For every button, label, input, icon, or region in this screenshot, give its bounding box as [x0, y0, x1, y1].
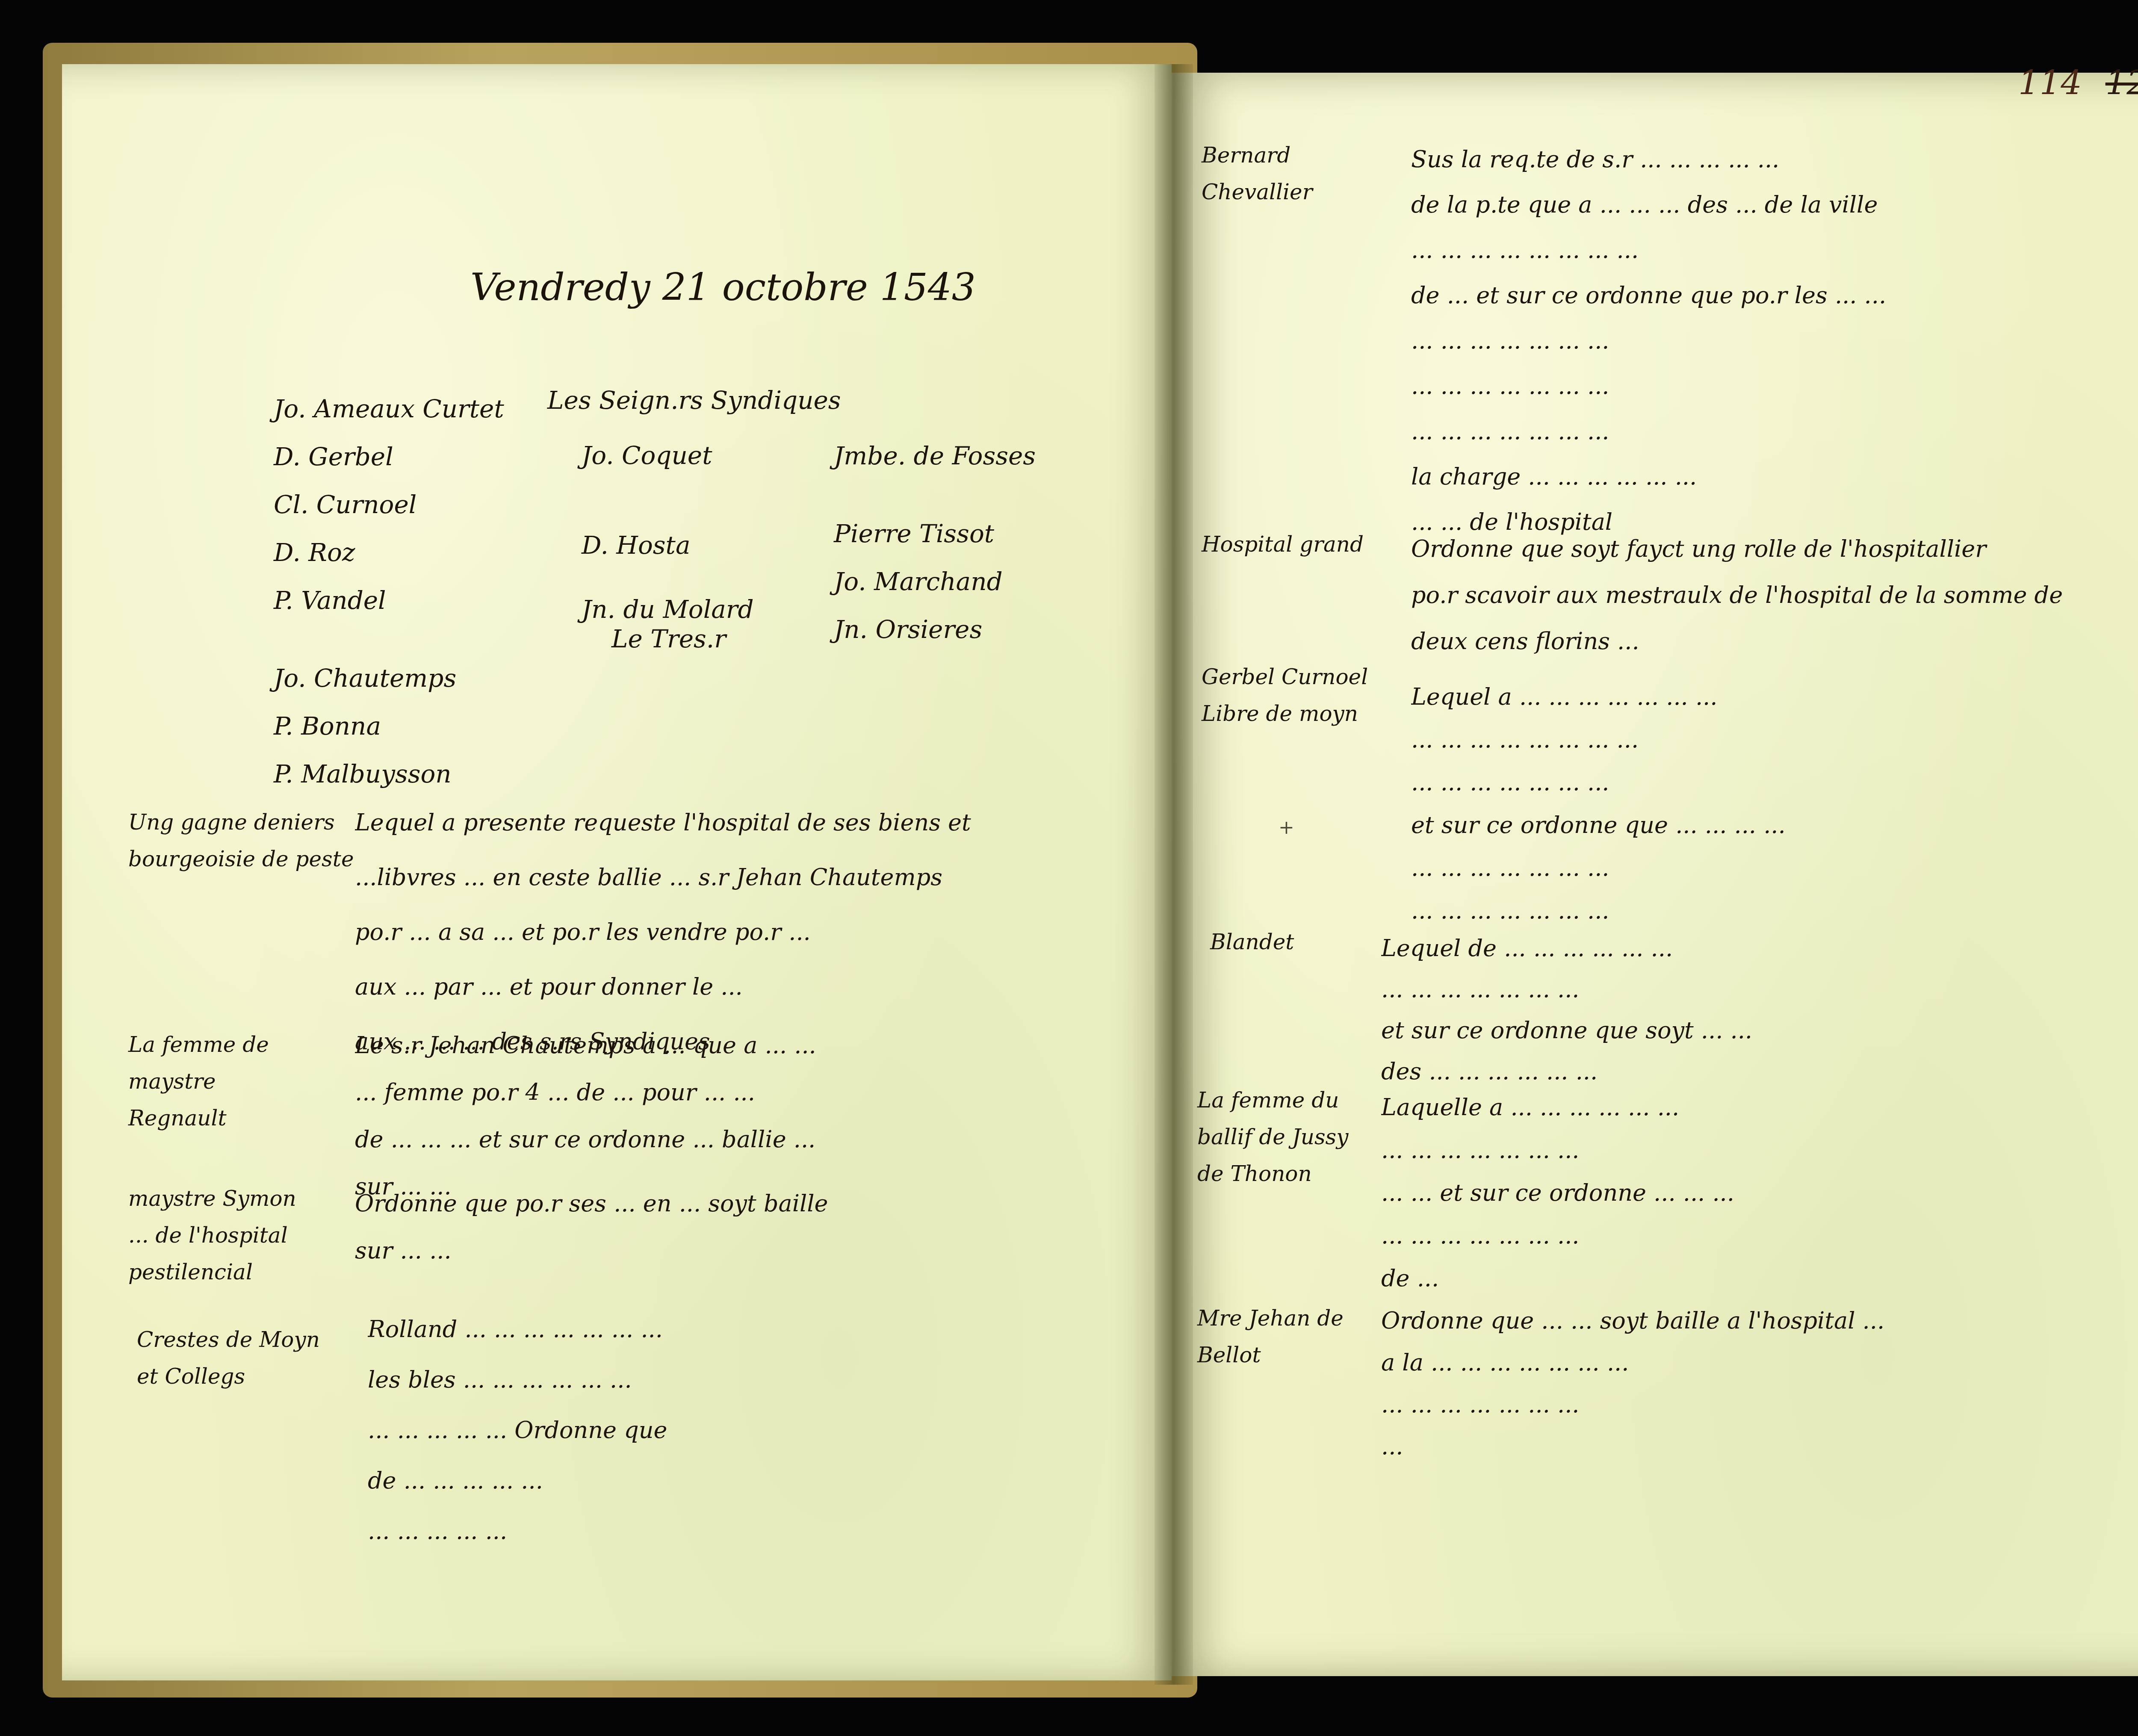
book-gutter — [1155, 64, 1193, 1685]
councillor: P. Bonna — [274, 702, 504, 750]
folio-current: 114 — [2018, 64, 2082, 103]
margin-line: Libre de moyn — [1202, 695, 1432, 732]
minute-entry: Ordonne que po.r ses ... en ... soyt bai… — [355, 1180, 1073, 1274]
text-line: Lequel a presente requeste l'hospital de… — [355, 795, 1073, 850]
text-line: ... ... ... ... ... ... ... — [1381, 1384, 2138, 1426]
presence-list-1: Jo. Ameaux Curtet D. Gerbel Cl. Curnoel … — [274, 385, 504, 798]
text-line: Le s.r Jehan Chautemps a ... que a ... .… — [355, 1022, 1073, 1069]
margin-line: Bernard — [1202, 137, 1432, 174]
text-line: de ... — [1381, 1257, 2138, 1300]
text-line: ... ... ... ... ... ... ... ... — [1411, 718, 2138, 761]
margin-line: Regnault — [128, 1100, 359, 1137]
text-line: ... ... ... ... ... ... ... — [1411, 409, 2138, 454]
margin-note: Bernard Chevallier — [1202, 137, 1432, 210]
margin-note: Ung gagne deniers bourgeoisie de peste — [128, 804, 359, 877]
text-line: et sur ce ordonne que soyt ... ... — [1381, 1010, 2138, 1051]
text-line: Lequel de ... ... ... ... ... ... — [1381, 928, 2138, 969]
text-line: Ordonne que soyt fayct ung rolle de l'ho… — [1411, 526, 2138, 572]
text-line: po.r ... a sa ... et po.r les vendre po.… — [355, 905, 1073, 960]
minute-entry: Ordonne que ... ... soyt baille a l'hosp… — [1381, 1300, 2138, 1467]
text-line: ... ... et sur ce ordonne ... ... ... — [1381, 1172, 2138, 1214]
text-line: Ordonne que po.r ses ... en ... soyt bai… — [355, 1180, 1073, 1227]
margin-note: Crestes de Moyn et Collegs — [137, 1321, 368, 1395]
text-line: ... ... ... ... ... ... ... — [1411, 847, 2138, 889]
text-line: ... ... ... ... ... ... ... — [1381, 1129, 2138, 1172]
text-line: de ... ... ... ... ... — [368, 1456, 1073, 1506]
margin-line: bourgeoisie de peste — [128, 841, 359, 877]
minute-entry: Ordonne que soyt fayct ung rolle de l'ho… — [1411, 526, 2138, 664]
margin-line: La femme de maystre — [128, 1026, 359, 1100]
councillor: Jo. Ameaux Curtet — [274, 385, 504, 433]
minute-entry: Sus la req.te de s.r ... ... ... ... ...… — [1411, 137, 2138, 545]
text-line: de ... et sur ce ordonne que po.r les ..… — [1411, 273, 2138, 318]
text-line: po.r scavoir aux mestraulx de l'hospital… — [1411, 572, 2138, 618]
margin-line: Crestes de Moyn — [137, 1321, 368, 1358]
text-line: deux cens florins ... — [1411, 618, 2138, 664]
text-line: les bles ... ... ... ... ... ... — [368, 1355, 1073, 1405]
text-line: ... ... ... ... ... ... ... — [1411, 363, 2138, 409]
session-date-heading: Vendredy 21 octobre 1543 — [470, 265, 976, 309]
treasurer: Le Tres.r — [611, 624, 726, 653]
councillor: Jo. Marchand — [834, 558, 1036, 605]
text-line: ... femme po.r 4 ... de ... pour ... ... — [355, 1069, 1073, 1116]
text-line: Sus la req.te de s.r ... ... ... ... ... — [1411, 137, 2138, 182]
text-line: Laquelle a ... ... ... ... ... ... — [1381, 1086, 2138, 1129]
councillor: P. Vandel — [274, 576, 504, 624]
margin-line: maystre Symon — [128, 1180, 359, 1217]
councillor: Jmbe. de Fosses — [834, 432, 1036, 480]
text-line: Lequel a ... ... ... ... ... ... ... — [1411, 676, 2138, 718]
margin-line: Ung gagne deniers — [128, 804, 359, 841]
minute-entry: Rolland ... ... ... ... ... ... ... les … — [368, 1304, 1073, 1556]
text-line: la charge ... ... ... ... ... ... — [1411, 454, 2138, 499]
text-line: ... ... ... ... ... — [368, 1506, 1073, 1556]
councillor: Jo. Chautemps — [274, 654, 504, 702]
text-line: a la ... ... ... ... ... ... ... — [1381, 1342, 2138, 1384]
text-line: ... ... ... ... ... ... ... — [1411, 318, 2138, 363]
minute-entry: Lequel a ... ... ... ... ... ... ... ...… — [1411, 676, 2138, 932]
folio-number: 114 12 — [2018, 64, 2138, 103]
councillor: Jo. Coquet — [582, 423, 754, 487]
margin-line: et Collegs — [137, 1358, 368, 1395]
councillor: Cl. Curnoel — [274, 481, 504, 528]
margin-note: Gerbel Curnoel Libre de moyn — [1202, 658, 1432, 732]
margin-line: pestilencial — [128, 1254, 359, 1290]
text-line: aux ... par ... et pour donner le ... — [355, 960, 1073, 1014]
pencil-mark: + — [1279, 817, 1294, 838]
margin-line: Gerbel Curnoel — [1202, 658, 1432, 695]
folio-struck: 12 — [2106, 64, 2138, 103]
margin-line: Chevallier — [1202, 174, 1432, 210]
text-line: Ordonne que ... ... soyt baille a l'hosp… — [1381, 1300, 2138, 1342]
text-line: ... ... ... ... ... ... ... — [1381, 969, 2138, 1010]
text-line: Rolland ... ... ... ... ... ... ... — [368, 1304, 1073, 1355]
text-line: ... — [1381, 1426, 2138, 1467]
text-line: et sur ce ordonne que ... ... ... ... — [1411, 804, 2138, 847]
councillor: Pierre Tissot — [834, 510, 1036, 558]
text-line: ... ... ... ... ... ... ... ... — [1411, 227, 2138, 273]
councillor: D. Roz — [274, 528, 504, 576]
minute-entry: Laquelle a ... ... ... ... ... ... ... .… — [1381, 1086, 2138, 1300]
text-line: de ... ... ... et sur ce ordonne ... bal… — [355, 1116, 1073, 1163]
councillor: P. Malbuysson — [274, 750, 504, 798]
margin-line: ... de l'hospital — [128, 1217, 359, 1254]
text-line: ... ... ... ... ... ... ... — [1411, 889, 2138, 932]
margin-note: La femme de maystre Regnault — [128, 1026, 359, 1137]
presence-list-3: Jmbe. de Fosses Pierre Tissot Jo. Marcha… — [834, 432, 1036, 653]
text-line: ... ... ... ... ... Ordonne que — [368, 1405, 1073, 1456]
minute-entry: Lequel de ... ... ... ... ... ... ... ..… — [1381, 928, 2138, 1092]
text-line: sur ... ... — [355, 1227, 1073, 1274]
presence-header: Les Seign.rs Syndiques — [547, 376, 841, 424]
margin-note: Hospital grand — [1202, 526, 1432, 563]
text-line: ... ... ... ... ... ... ... — [1381, 1214, 2138, 1257]
presence-list-2: Jo. Coquet D. Hosta Jn. du Molard — [582, 423, 754, 641]
councillor: Jn. Orsieres — [834, 605, 1036, 653]
text-line: ... ... ... ... ... ... ... — [1411, 761, 2138, 804]
councillor: D. Gerbel — [274, 433, 504, 481]
text-line: de la p.te que a ... ... ... des ... de … — [1411, 182, 2138, 227]
councillor: D. Hosta — [582, 513, 754, 577]
margin-note: maystre Symon ... de l'hospital pestilen… — [128, 1180, 359, 1290]
text-line: ...libvres ... en ceste ballie ... s.r J… — [355, 850, 1073, 905]
margin-line: Hospital grand — [1202, 526, 1432, 563]
